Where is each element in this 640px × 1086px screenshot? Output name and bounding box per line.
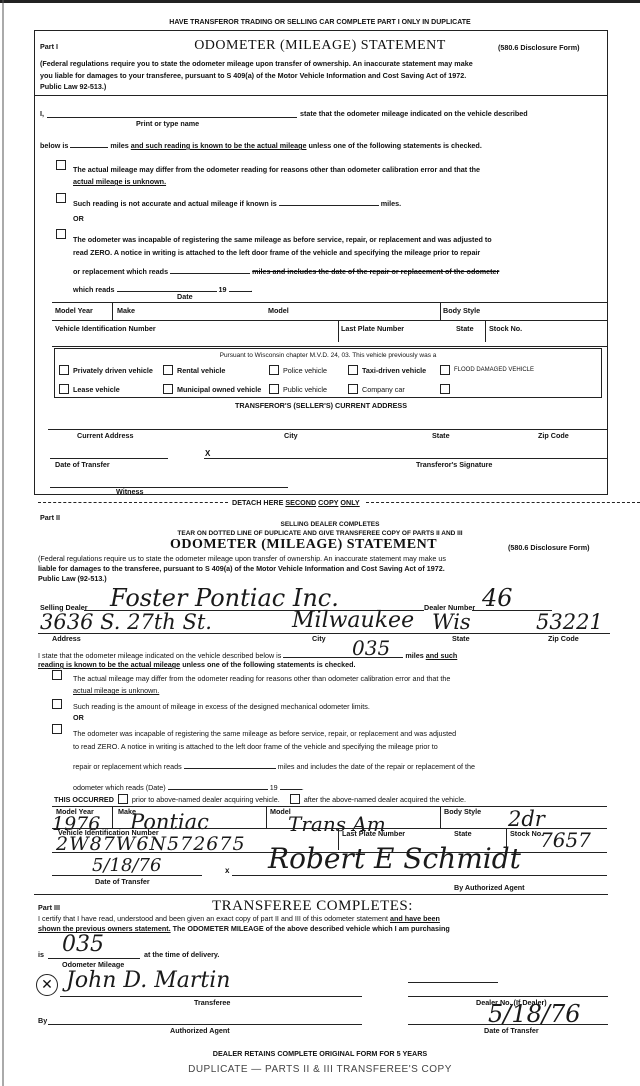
dealer-no-field[interactable]	[408, 996, 608, 997]
part3-mileage-field[interactable]	[48, 958, 140, 959]
part3-label: Part III	[38, 903, 60, 912]
p2-date-transfer-field[interactable]	[52, 875, 202, 876]
part3-authorized-agent-label: Authorized Agent	[170, 1026, 230, 1035]
wisconsin-heading: Pursuant to Wisconsin chapter M.V.D. 24,…	[54, 352, 602, 359]
address-heading: TRANSFEROR'S (SELLER'S) CURRENT ADDRESS	[34, 401, 608, 410]
prior-use-lease[interactable]: Lease vehicle	[59, 384, 120, 394]
checkbox[interactable]	[269, 384, 279, 394]
name-caption: Print or type name	[136, 119, 199, 128]
witness-field[interactable]	[50, 487, 288, 488]
p1-date-transfer-field[interactable]	[50, 458, 168, 459]
circled-x-mark: ✕	[36, 974, 58, 996]
p1-date-transfer-label: Date of Transfer	[55, 460, 110, 469]
divider	[52, 302, 607, 303]
checkbox[interactable]	[269, 365, 279, 375]
prior-use-flood-damaged[interactable]: FLOOD DAMAGED VEHICLE	[440, 365, 534, 375]
checkbox[interactable]	[59, 384, 69, 394]
city-label: City	[284, 431, 298, 440]
part2-repair-year-field[interactable]	[280, 781, 302, 790]
part1-actual-miles-field[interactable]	[279, 197, 379, 206]
dealer-no-mark	[408, 982, 498, 983]
divider	[112, 806, 113, 828]
part3-mileage-value: 035	[62, 932, 104, 957]
p1-model-year-label: Model Year	[55, 306, 93, 315]
part1-title: ODOMETER (MILEAGE) STATEMENT	[160, 38, 480, 54]
prior-use-privately-driven[interactable]: Privately driven vehicle	[59, 365, 153, 375]
p2-date-transfer-value: 5/18/76	[92, 855, 161, 876]
part1-i: I,	[40, 109, 44, 118]
part2-label: Part II	[40, 513, 60, 522]
part2-statement: I state that the odometer mileage indica…	[38, 649, 457, 660]
part1-form-ref: (580.6 Disclosure Form)	[498, 43, 580, 52]
divider	[440, 806, 441, 828]
prior-use-public[interactable]: Public vehicle	[269, 384, 327, 394]
part1-miles-field[interactable]	[70, 139, 108, 148]
detach-line-left	[38, 502, 228, 503]
dealer-address-value: 3636 S. 27th St.	[40, 610, 212, 634]
by-label: By	[38, 1016, 47, 1025]
city-label: City	[312, 634, 326, 643]
part2-option3-checkbox[interactable]	[52, 724, 62, 734]
retain-notice: DEALER RETAINS COMPLETE ORIGINAL FORM FO…	[0, 1049, 640, 1058]
checkbox[interactable]	[163, 365, 173, 375]
dealer-city-value: Milwaukee	[292, 608, 414, 633]
transferee-signature-field[interactable]	[60, 996, 362, 997]
agent-signature-field[interactable]	[232, 875, 607, 876]
part2-or: OR	[73, 713, 84, 722]
witness-label: Witness	[116, 487, 144, 496]
address-label: Address	[52, 634, 81, 643]
part1-or: OR	[73, 214, 84, 223]
part2-title: ODOMETER (MILEAGE) STATEMENT	[170, 537, 437, 553]
checkbox[interactable]	[440, 365, 450, 375]
part1-statement-suffix: state that the odometer mileage indicate…	[300, 109, 528, 118]
part1-repair-date-field[interactable]	[117, 283, 217, 292]
prior-use-other[interactable]	[440, 384, 454, 394]
p1-make-label: Make	[117, 306, 135, 315]
divider	[338, 320, 339, 342]
scan-top-edge	[0, 0, 640, 3]
divider	[52, 320, 607, 321]
occurred-row: THIS OCCURRED prior to above-named deale…	[54, 794, 466, 804]
transferor-signature-field[interactable]	[204, 458, 607, 459]
notice-line: Public Law 92-513.)	[40, 81, 602, 93]
part1-label: Part I	[40, 42, 58, 51]
part2-repair-date-field[interactable]	[168, 781, 268, 790]
part1-option3-checkbox[interactable]	[56, 229, 66, 239]
part1-option1-checkbox[interactable]	[56, 160, 66, 170]
date-caption: Date	[177, 292, 193, 301]
scan-left-edge	[2, 0, 4, 1086]
p2-date-transfer-label: Date of Transfer	[95, 877, 150, 886]
p2-stock-value: 7657	[540, 828, 591, 852]
part3-date-label: Date of Transfer	[484, 1026, 539, 1035]
p1-stock-label: Stock No.	[489, 324, 522, 333]
x-mark: x	[225, 866, 229, 875]
part2-option3-date: odometer which reads (Date) 19 .	[73, 781, 304, 792]
prior-use-police[interactable]: Police vehicle	[269, 365, 327, 375]
notice-line: (Federal regulations require you to stat…	[40, 58, 602, 70]
copy-label: DUPLICATE — PARTS II & III TRANSFEREE'S …	[0, 1064, 640, 1075]
p1-vin-label: Vehicle Identification Number	[55, 324, 156, 333]
divider	[266, 806, 267, 828]
prior-use-municipal[interactable]: Municipal owned vehicle	[163, 384, 261, 394]
agent-signature-value: Robert E Schmidt	[268, 842, 521, 875]
part2-option2: Such reading is the amount of mileage in…	[73, 702, 370, 711]
transferor-name-field[interactable]	[47, 109, 297, 118]
part3-title: TRANSFEREE COMPLETES:	[212, 898, 413, 915]
detach-label: DETACH HERE SECOND COPY ONLY	[232, 498, 360, 507]
detach-line-right	[366, 502, 640, 503]
p2-state-label: State	[454, 829, 472, 838]
x-mark: X	[205, 449, 210, 458]
checkbox[interactable]	[348, 365, 358, 375]
header-instruction: HAVE TRANSFEROR TRADING OR SELLING CAR C…	[0, 19, 640, 26]
checkbox[interactable]	[348, 384, 358, 394]
part1-notice: (Federal regulations require you to stat…	[40, 58, 602, 93]
transferee-signature-value: John D. Martin	[66, 968, 230, 993]
state-label: State	[452, 634, 470, 643]
part2-option2-checkbox[interactable]	[52, 699, 62, 709]
occurred-after-checkbox[interactable]	[290, 794, 300, 804]
part3-date-field[interactable]	[408, 1024, 608, 1025]
part2-notice: (Federal regulations require us to state…	[38, 554, 610, 584]
part2-option1: The actual mileage may differ from the o…	[73, 673, 450, 697]
current-address-label: Current Address	[77, 431, 133, 440]
part1-repair-year-field[interactable]	[229, 283, 251, 292]
p1-last-plate-label: Last Plate Number	[341, 324, 404, 333]
part1-option2: Such reading is not accurate and actual …	[73, 197, 401, 208]
part1-option3-date: which reads 19 .	[73, 283, 253, 294]
tear-instruction: TEAR ON DOTTED LINE OF DUPLICATE AND GIV…	[80, 530, 560, 537]
part1-option3-reads: or replacement which reads miles and inc…	[73, 265, 499, 276]
dealer-state-value: Wis	[432, 610, 471, 634]
p1-state-label: State	[456, 324, 474, 333]
time-of-delivery: at the time of delivery.	[144, 950, 219, 959]
transferor-signature-label: Transferor's Signature	[416, 460, 492, 469]
selling-dealer-completes: SELLING DEALER COMPLETES	[130, 521, 530, 528]
divider	[485, 320, 486, 342]
notice-line: you liable for damages to your transfere…	[40, 70, 602, 82]
part2-option3: The odometer was incapable of registerin…	[73, 727, 456, 753]
prior-use-rental[interactable]: Rental vehicle	[163, 365, 225, 375]
checkbox[interactable]	[163, 384, 173, 394]
p2-stock-label: Stock No.	[510, 829, 543, 838]
part3-is: is	[38, 950, 44, 959]
part2-option1-checkbox[interactable]	[52, 670, 62, 680]
divider	[440, 302, 441, 320]
part1-option1: The actual mileage may differ from the o…	[73, 164, 480, 188]
part1-zero-reading-field[interactable]	[170, 265, 250, 274]
divider	[52, 346, 607, 347]
dealer-number-value: 46	[482, 584, 513, 612]
prior-use-company-car[interactable]: Company car	[348, 384, 405, 394]
zip-label: Zip Code	[548, 634, 579, 643]
part2-mileage-value: 035	[352, 636, 390, 660]
part1-option2-checkbox[interactable]	[56, 193, 66, 203]
p2-last-plate-label: Last Plate Number	[342, 829, 405, 838]
part2-form-ref: (580.6 Disclosure Form)	[508, 543, 590, 552]
state-label: State	[432, 431, 450, 440]
transferee-label: Transferee	[194, 998, 230, 1007]
current-address-field[interactable]	[48, 429, 608, 430]
p1-model-label: Model	[268, 306, 289, 315]
occurred-prior-checkbox[interactable]	[118, 794, 128, 804]
part3-agent-field[interactable]	[48, 1024, 362, 1025]
part1-box	[34, 30, 608, 495]
part2-statement-line2: reading is known to be the actual mileag…	[38, 660, 356, 669]
part2-zero-reading-field[interactable]	[184, 760, 276, 769]
checkbox[interactable]	[440, 384, 450, 394]
checkbox[interactable]	[59, 365, 69, 375]
p1-body-style-label: Body Style	[443, 306, 480, 315]
part1-option3: The odometer was incapable of registerin…	[73, 233, 607, 259]
divider	[34, 894, 608, 895]
part3-certify: I certify that I have read, understood a…	[38, 914, 610, 934]
p2-body-style-label: Body Style	[444, 807, 481, 816]
divider	[112, 302, 113, 320]
zip-label: Zip Code	[538, 431, 569, 440]
prior-use-taxi[interactable]: Taxi-driven vehicle	[348, 365, 426, 375]
part1-below-line: below is miles and such reading is known…	[40, 139, 482, 150]
authorized-agent-label: By Authorized Agent	[454, 883, 525, 892]
part2-option3-reads: repair or replacement which reads miles …	[73, 760, 475, 771]
divider	[34, 95, 608, 96]
dealer-zip-value: 53221	[536, 610, 603, 634]
